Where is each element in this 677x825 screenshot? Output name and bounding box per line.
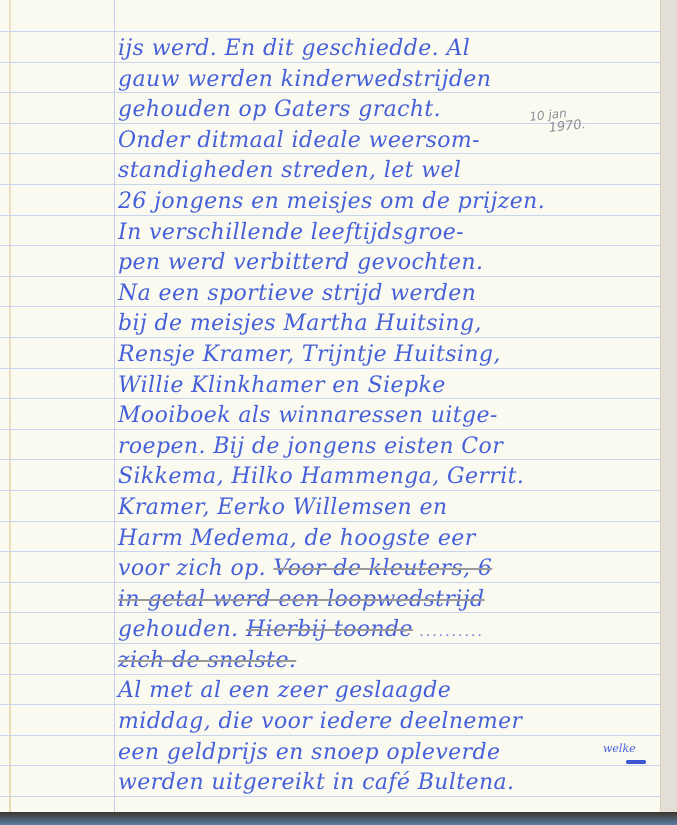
line-text: bij de meisjes Martha Huitsing, <box>118 311 482 336</box>
line-text: Sikkema, Hilko Hammenga, Gerrit. <box>118 464 524 489</box>
line-text: ijs werd. En dit geschiedde. Al <box>118 36 470 61</box>
line-text: gauw werden kinderwedstrijden <box>118 67 491 92</box>
line-text: werden uitgereikt in café Bultena. <box>118 770 514 795</box>
line-text: Al met al een zeer geslaagde <box>118 678 451 703</box>
line-text: gehouden op Gaters gracht. <box>118 97 441 122</box>
text-line: In verschillende leeftijdsgroe- <box>118 218 642 249</box>
text-line: bij de meisjes Martha Huitsing, <box>118 309 642 340</box>
text-line: Rensje Kramer, Trijntje Huitsing, <box>118 340 642 371</box>
line-text: een geldprijs en snoep opleverde <box>118 740 500 765</box>
text-line: Willie Klinkhamer en Siepke <box>118 371 642 402</box>
text-line: middag, die voor iedere deelnemer <box>118 707 642 738</box>
line-text: 26 jongens en meisjes om de prijzen. <box>118 189 545 214</box>
text-line: gehouden. Hierbij toonde .......... <box>118 615 642 646</box>
line-text: Harm Medema, de hoogste eer <box>118 526 476 551</box>
struck-text: Voor de kleuters, 6 <box>273 556 492 581</box>
text-line: 26 jongens en meisjes om de prijzen. <box>118 187 642 218</box>
line-text: Mooiboek als winnaressen uitge- <box>118 403 498 428</box>
line-text: roepen. Bij de jongens eisten Cor <box>118 434 503 459</box>
line-text: Onder ditmaal ideale weersom- <box>118 128 480 153</box>
insertion-word: welke <box>603 742 636 755</box>
margin-line <box>114 0 115 812</box>
binding-edge <box>9 0 11 812</box>
struck-text: in getal werd een loopwedstrijd <box>118 587 484 612</box>
line-text: Willie Klinkhamer en Siepke <box>118 373 446 398</box>
line-text: Kramer, Eerko Willemsen en <box>118 495 447 520</box>
line-text: middag, die voor iedere deelnemer <box>118 709 522 734</box>
pencil-date-annotation: 10 jan 1970. <box>529 105 587 137</box>
text-line: Mooiboek als winnaressen uitge- <box>118 401 642 432</box>
text-line: Na een sportieve strijd werden <box>118 279 642 310</box>
notebook-page: ijs werd. En dit geschiedde. Algauw werd… <box>0 0 661 812</box>
text-line: een geldprijs en snoep opleverde <box>118 738 642 769</box>
text-line: in getal werd een loopwedstrijd <box>118 585 642 616</box>
text-line: ijs werd. En dit geschiedde. Al <box>118 34 642 65</box>
line-text: Rensje Kramer, Trijntje Huitsing, <box>118 342 501 367</box>
insertion-mark <box>626 760 646 764</box>
struck-text: Hierbij toonde <box>246 617 413 642</box>
line-text: In verschillende leeftijdsgroe- <box>118 220 464 245</box>
text-line: Sikkema, Hilko Hammenga, Gerrit. <box>118 462 642 493</box>
text-line: gauw werden kinderwedstrijden <box>118 65 642 96</box>
handwritten-text: ijs werd. En dit geschiedde. Algauw werd… <box>118 34 642 799</box>
text-line: Kramer, Eerko Willemsen en <box>118 493 642 524</box>
line-text: gehouden. <box>118 617 246 642</box>
struck-text: zich de snelste. <box>118 648 296 673</box>
text-line: voor zich op. Voor de kleuters, 6 <box>118 554 642 585</box>
text-line: pen werd verbitterd gevochten. <box>118 248 642 279</box>
text-line: werden uitgereikt in café Bultena. <box>118 768 642 799</box>
line-text: pen werd verbitterd gevochten. <box>118 250 483 275</box>
line-text: Na een sportieve strijd werden <box>118 281 476 306</box>
dotted-line: .......... <box>413 624 484 640</box>
page-shadow <box>0 812 677 825</box>
text-line: Harm Medema, de hoogste eer <box>118 524 642 555</box>
text-line: roepen. Bij de jongens eisten Cor <box>118 432 642 463</box>
line-text: standigheden streden, let wel <box>118 158 461 183</box>
text-line: standigheden streden, let wel <box>118 156 642 187</box>
text-line: zich de snelste. <box>118 646 642 677</box>
text-line: Al met al een zeer geslaagde <box>118 676 642 707</box>
rule-line <box>0 31 660 32</box>
line-text: voor zich op. <box>118 556 273 581</box>
